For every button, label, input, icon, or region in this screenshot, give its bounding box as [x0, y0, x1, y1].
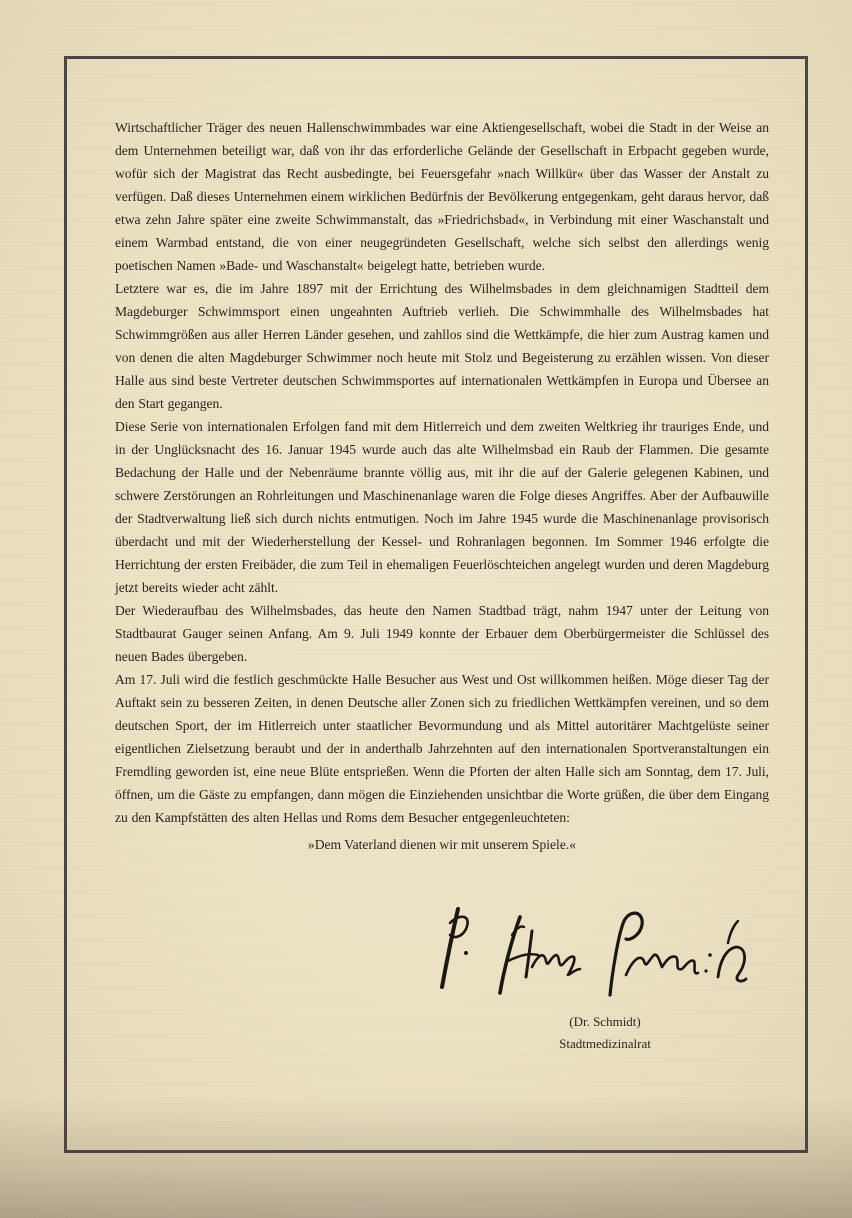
paragraph-wilhelmsbad-1897: Letztere war es, die im Jahre 1897 mit d…	[115, 277, 769, 415]
closing-quote: »Dem Vaterland dienen wir mit unserem Sp…	[115, 833, 769, 856]
handwritten-signature	[420, 895, 765, 1015]
paragraph-reconstruction: Der Wiederaufbau des Wilhelmsbades, das …	[115, 599, 769, 668]
paragraph-reopening: Am 17. Juli wird die festlich geschmückt…	[115, 668, 769, 829]
signatory-title: Stadtmedizinalrat	[535, 1033, 675, 1055]
signature-icon	[420, 895, 765, 1015]
paragraph-shareholders: Wirtschaftlicher Träger des neuen Hallen…	[115, 116, 769, 277]
signatory-name: (Dr. Schmidt)	[540, 1011, 670, 1033]
document-body: Wirtschaftlicher Träger des neuen Hallen…	[115, 116, 769, 829]
paragraph-war-destruction: Diese Serie von internationalen Erfolgen…	[115, 415, 769, 599]
